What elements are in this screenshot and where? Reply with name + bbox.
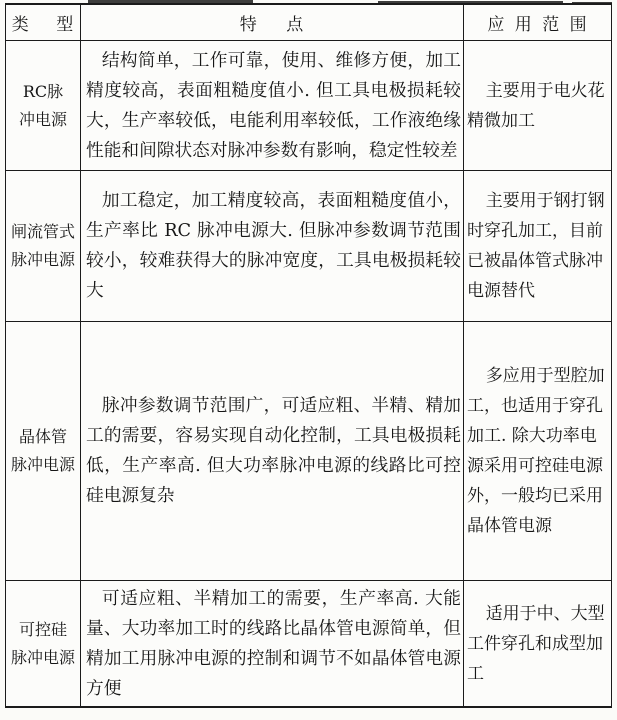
row-features-text: 可适应粗、半精加工的需要，生产率高. 大能量、大功率加工时的线路比晶体管电源简单… [86, 584, 461, 704]
row-features-text: 结构简单，工作可靠，使用、维修方便，加工精度较高，表面粗糙度值小. 但工具电极损… [86, 46, 461, 166]
row-type-thyratron: 闸流管式 脉冲电源 [6, 171, 80, 321]
row-type-transistor: 晶体管 脉冲电源 [6, 322, 80, 580]
table-row: 晶体管 脉冲电源 脉冲参数调节范围广，可适应粗、半精、精加工的需要，容易实现自动… [6, 321, 611, 580]
row-features-cell: 结构简单，工作可靠，使用、维修方便，加工精度较高，表面粗糙度值小. 但工具电极损… [80, 41, 463, 170]
row-type-scr: 可控硅 脉冲电源 [6, 581, 80, 706]
row-application-cell: 多应用于型腔加工，也适用于穿孔加工. 除大功率电源采用可控硅电源外，一般均已采用… [463, 322, 611, 580]
row-features-cell: 脉冲参数调节范围广，可适应粗、半精、精加工的需要，容易实现自动化控制，工具电极损… [80, 322, 463, 580]
table-row: 可控硅 脉冲电源 可适应粗、半精加工的需要，生产率高. 大能量、大功率加工时的线… [6, 580, 611, 706]
row-application-text: 主要用于电火花精微加工 [467, 76, 609, 136]
row-application-text: 主要用于钢打钢时穿孔加工，目前已被晶体管式脉冲电源替代 [467, 186, 609, 306]
row-application-text: 多应用于型腔加工，也适用于穿孔加工. 除大功率电源采用可控硅电源外，一般均已采用… [467, 361, 609, 541]
column-header-application: 应 用 范 围 [463, 5, 611, 40]
row-features-cell: 可适应粗、半精加工的需要，生产率高. 大能量、大功率加工时的线路比晶体管电源简单… [80, 581, 463, 706]
row-type-rc: RC脉 冲电源 [6, 41, 80, 170]
row-application-cell: 主要用于钢打钢时穿孔加工，目前已被晶体管式脉冲电源替代 [463, 171, 611, 321]
row-application-cell: 适用于中、大型工件穿孔和成型加工 [463, 581, 611, 706]
pulse-power-supply-table: 类 型 特 点 应 用 范 围 RC脉 冲电源 结构简单，工作可靠，使用、维修方… [5, 3, 612, 708]
column-header-features: 特 点 [80, 5, 463, 40]
table-row: 闸流管式 脉冲电源 加工稳定，加工精度较高，表面粗糙度值小，生产率比 RC 脉冲… [6, 170, 611, 321]
row-application-cell: 主要用于电火花精微加工 [463, 41, 611, 170]
row-application-text: 适用于中、大型工件穿孔和成型加工 [467, 599, 609, 689]
row-features-cell: 加工稳定，加工精度较高，表面粗糙度值小，生产率比 RC 脉冲电源大. 但脉冲参数… [80, 171, 463, 321]
table-header-row: 类 型 特 点 应 用 范 围 [6, 5, 611, 40]
row-features-text: 加工稳定，加工精度较高，表面粗糙度值小，生产率比 RC 脉冲电源大. 但脉冲参数… [86, 186, 461, 306]
row-features-text: 脉冲参数调节范围广，可适应粗、半精、精加工的需要，容易实现自动化控制，工具电极损… [86, 391, 461, 511]
table-row: RC脉 冲电源 结构简单，工作可靠，使用、维修方便，加工精度较高，表面粗糙度值小… [6, 40, 611, 170]
column-header-type: 类 型 [6, 5, 80, 40]
scanned-page: 类 型 特 点 应 用 范 围 RC脉 冲电源 结构简单，工作可靠，使用、维修方… [0, 0, 617, 720]
